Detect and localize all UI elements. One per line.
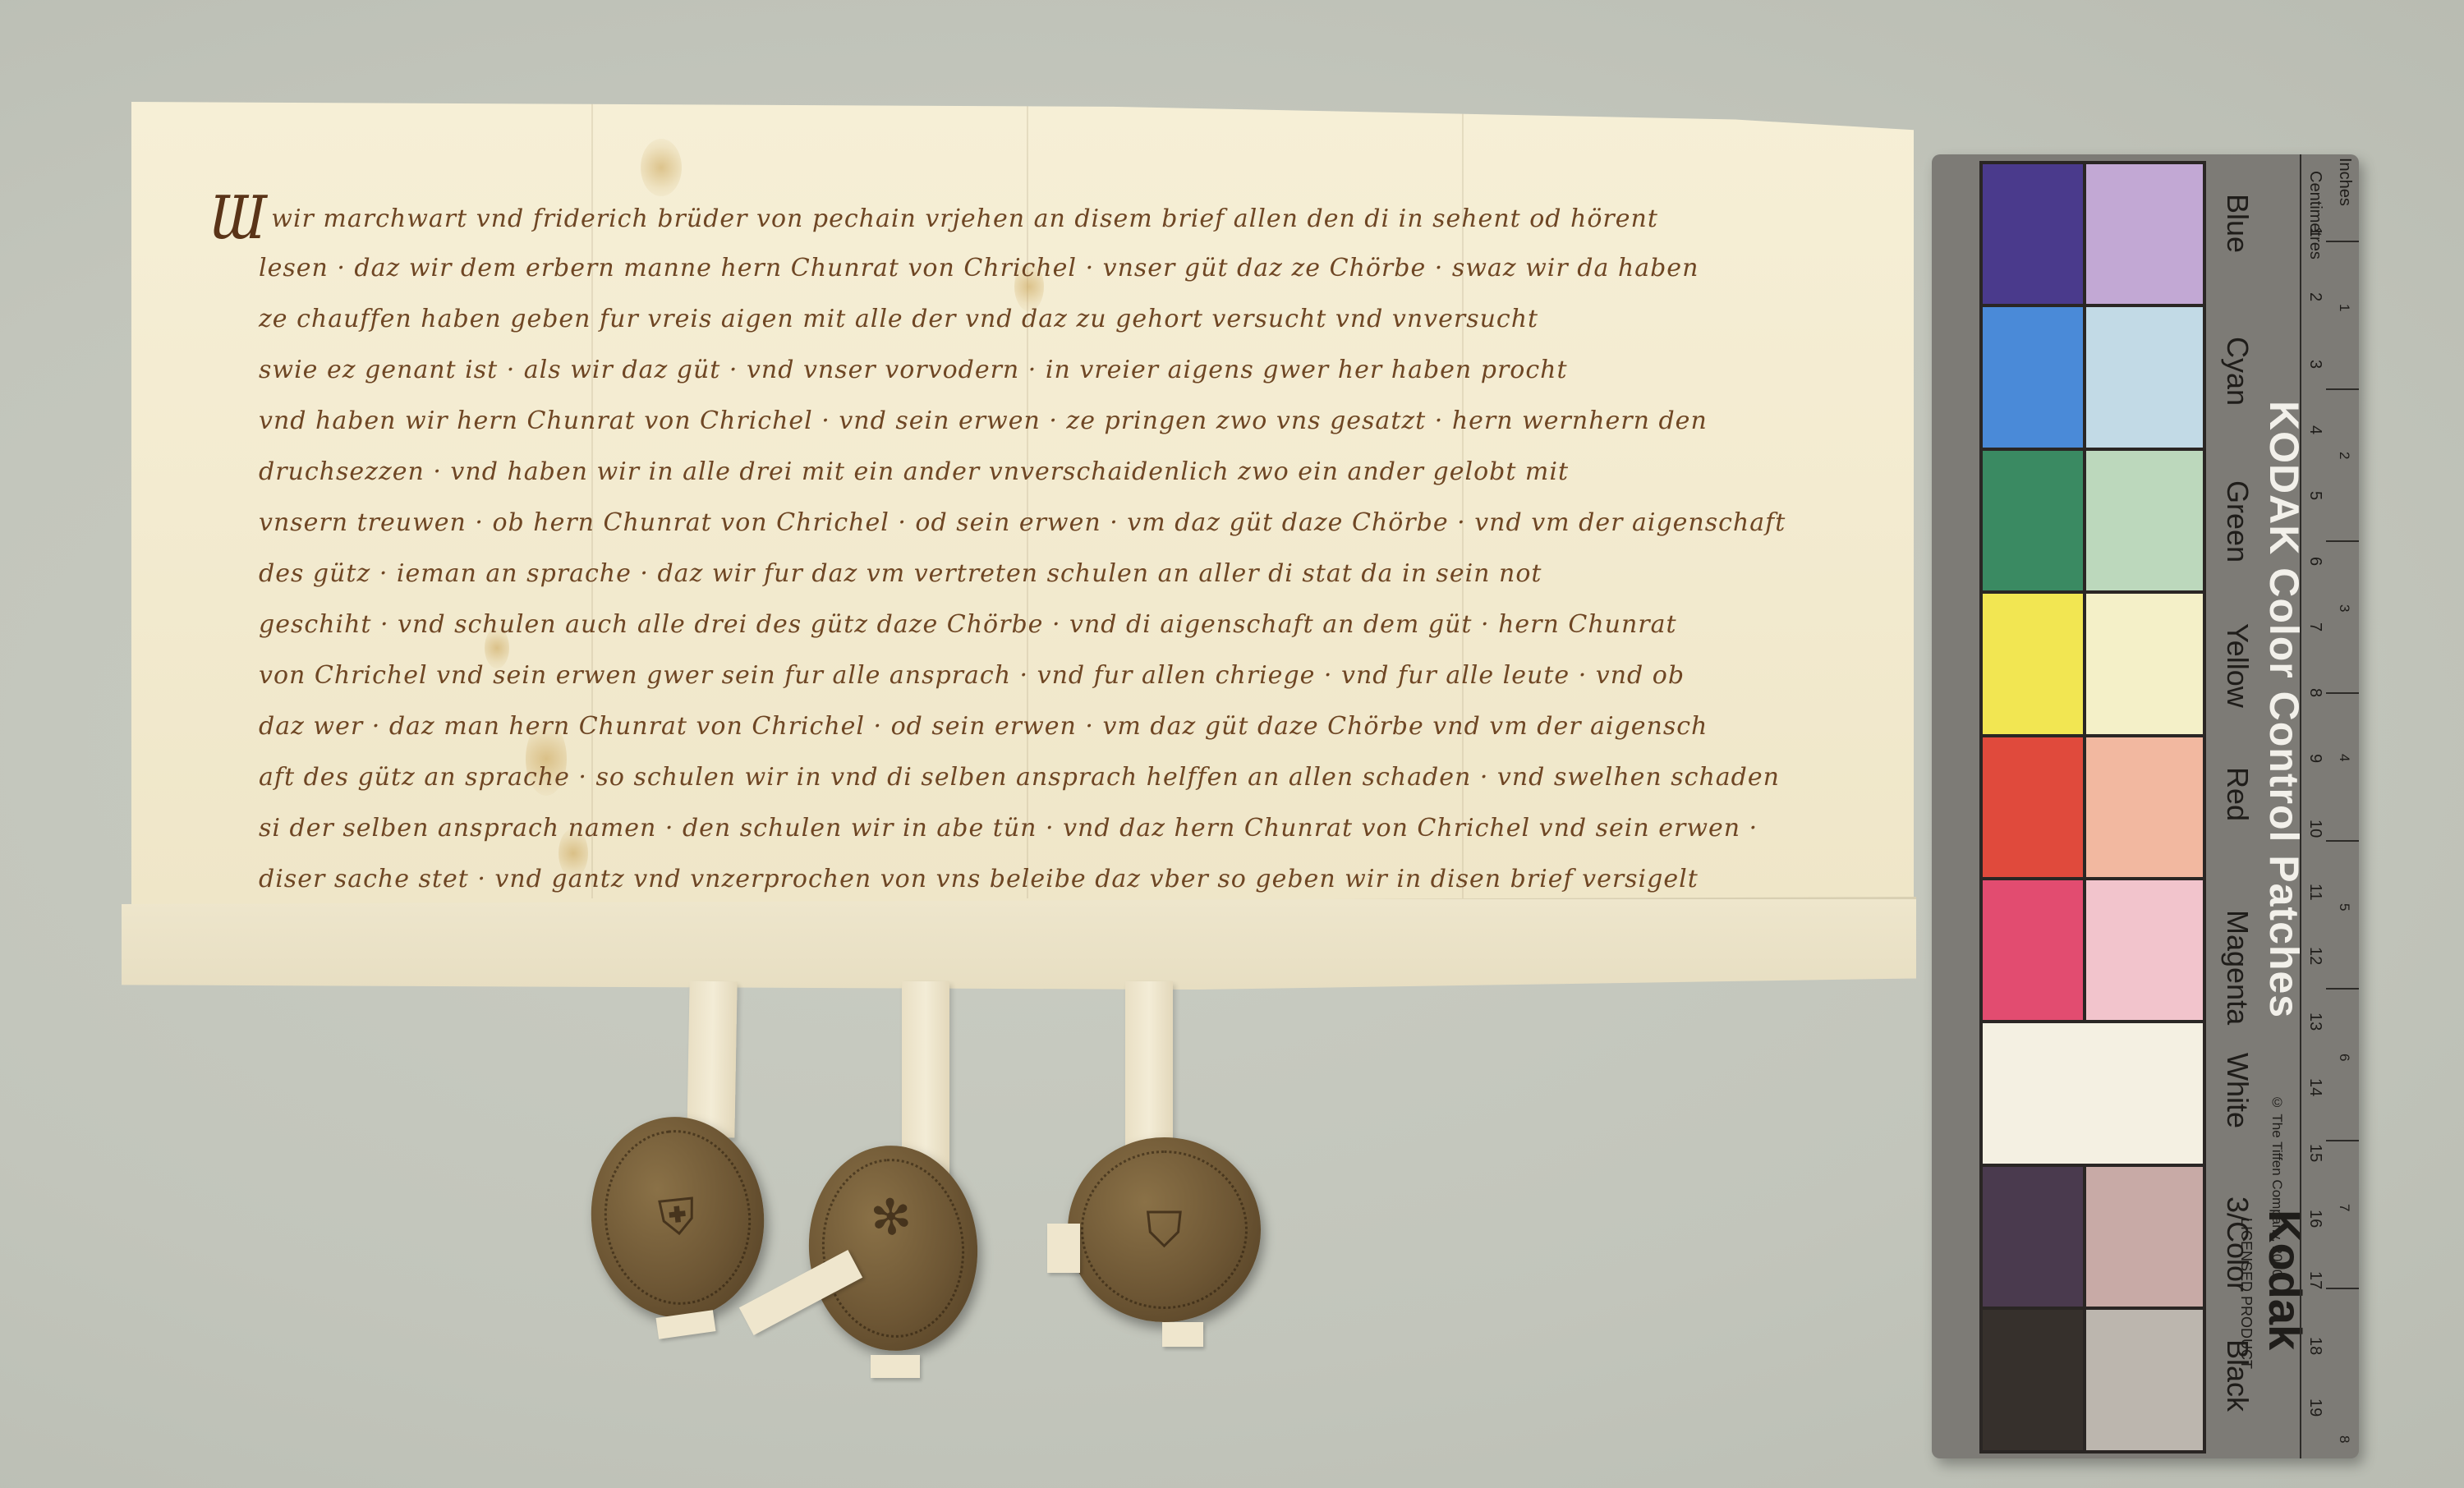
wax-seal-right: ⛉	[1068, 1137, 1261, 1322]
decorated-initial: Ɯ	[209, 183, 266, 252]
patch-magenta-dark	[1981, 879, 2085, 1022]
text-line: ze chauffen haben geben fur vreis aigen …	[209, 294, 1819, 345]
ruler-tick	[2326, 1288, 2359, 1289]
patch-red-dark	[1981, 736, 2085, 879]
rosette-icon: ✻	[868, 1187, 913, 1247]
cm-label: 13	[2305, 1013, 2324, 1031]
cm-label: 15	[2305, 1144, 2324, 1162]
ruler-tick	[2326, 241, 2359, 242]
charter-document: Ɯwir marchwart vnd friderich brüder von …	[131, 102, 1914, 981]
seal-tag	[871, 1355, 920, 1378]
plica-fold	[122, 897, 1916, 990]
cm-label: 7	[2305, 622, 2324, 631]
cm-label: 5	[2305, 491, 2324, 500]
cm-label: 16	[2305, 1210, 2324, 1228]
shield-icon: ⛉	[1146, 1201, 1183, 1259]
patch-label: Blue	[2204, 161, 2270, 304]
patch-blue-dark	[1981, 163, 2085, 305]
ruler-tick	[2326, 388, 2359, 390]
shield-icon: ⛨	[656, 1187, 699, 1247]
inch-label: 2	[2336, 452, 2352, 459]
cm-label: 19	[2305, 1398, 2324, 1417]
patch-cyan-light	[2085, 305, 2204, 448]
inch-label: 3	[2336, 604, 2352, 612]
cm-label: 12	[2305, 947, 2324, 965]
ruler-tick	[2326, 540, 2359, 542]
cm-label: 4	[2305, 425, 2324, 434]
patch-cyan-dark	[1981, 305, 2085, 448]
inches-label: Inches	[2335, 158, 2354, 206]
cm-label: 3	[2305, 360, 2324, 369]
patch-yellow-dark	[1981, 592, 2085, 735]
text-line: des gütz · ieman an sprache · daz wir fu…	[209, 549, 1819, 599]
text-line: geschiht · vnd schulen auch alle drei de…	[209, 599, 1819, 650]
seal-tag	[1162, 1322, 1203, 1347]
patch-red-light	[2085, 736, 2204, 879]
parchment-sheet: Ɯwir marchwart vnd friderich brüder von …	[131, 102, 1914, 907]
ruler-tick	[2326, 1140, 2359, 1141]
patch-green-dark	[1981, 449, 2085, 592]
patch-white	[1981, 1022, 2204, 1164]
text-line: aft des gütz an sprache · so schulen wir…	[209, 752, 1819, 803]
text-line: diser sache stet · vnd gantz vnd vnzerpr…	[209, 854, 1819, 905]
text-line: Ɯwir marchwart vnd friderich brüder von …	[209, 192, 1819, 243]
charter-text: Ɯwir marchwart vnd friderich brüder von …	[209, 192, 1819, 1007]
patch-3color-dark	[1981, 1165, 2085, 1308]
ruler: Inches 1 2 3 4 5 6 7 8	[2300, 154, 2359, 1458]
inch-label: 8	[2336, 1435, 2352, 1443]
cm-label: 17	[2305, 1271, 2324, 1289]
ruler-tick	[2326, 692, 2359, 694]
text-line: lesen · daz wir dem erbern manne hern Ch…	[209, 243, 1819, 294]
text-line: swie ez genant ist · als wir daz güt · v…	[209, 345, 1819, 396]
cm-label: 1	[2305, 227, 2324, 236]
ruler-tick	[2326, 988, 2359, 990]
cm-label: 9	[2305, 754, 2324, 763]
text-line: vnd haben wir hern Chunrat von Chrichel …	[209, 396, 1819, 447]
patch-green-light	[2085, 449, 2204, 592]
licensed-product-label: LICENSED PRODUCT	[2237, 1218, 2255, 1369]
seal-strap-right	[1125, 981, 1173, 1146]
inch-label: 5	[2336, 903, 2352, 911]
patch-yellow-light	[2085, 592, 2204, 735]
seal-strap-left	[687, 981, 737, 1138]
inch-label: 7	[2336, 1204, 2352, 1211]
inch-label: 1	[2336, 304, 2352, 311]
cm-label: 6	[2305, 557, 2324, 566]
patch-black-dark	[1981, 1308, 2085, 1451]
ruler-tick	[2326, 840, 2359, 842]
text-line: si der selben ansprach namen · den schul…	[209, 803, 1819, 854]
kodak-color-card: Blue Cyan Green Yellow Red Magenta White…	[1932, 154, 2359, 1458]
cm-label: 14	[2305, 1078, 2324, 1096]
cm-label: 2	[2305, 292, 2324, 301]
stain	[641, 139, 682, 196]
text-line: daz wer · daz man hern Chunrat von Chric…	[209, 701, 1819, 752]
cm-label: 10	[2305, 820, 2324, 838]
seal-tag	[1047, 1224, 1080, 1273]
color-patch-grid	[1979, 161, 2206, 1454]
patch-blue-light	[2085, 163, 2204, 305]
patch-black-light	[2085, 1308, 2204, 1451]
text-line: druchsezzen · vnd haben wir in alle drei…	[209, 447, 1819, 498]
patch-label: White	[2204, 1020, 2270, 1163]
patch-3color-light	[2085, 1165, 2204, 1308]
text-line: vnsern treuwen · ob hern Chunrat von Chr…	[209, 498, 1819, 549]
cm-label: 11	[2305, 884, 2324, 901]
text-line: von Chrichel vnd sein erwen gwer sein fu…	[209, 650, 1819, 701]
inch-label: 4	[2336, 754, 2352, 761]
inch-label: 6	[2336, 1054, 2352, 1061]
patch-magenta-light	[2085, 879, 2204, 1022]
seal-legend-ring	[816, 1154, 971, 1343]
cm-label: 18	[2305, 1337, 2324, 1355]
cm-label: 8	[2305, 688, 2324, 697]
